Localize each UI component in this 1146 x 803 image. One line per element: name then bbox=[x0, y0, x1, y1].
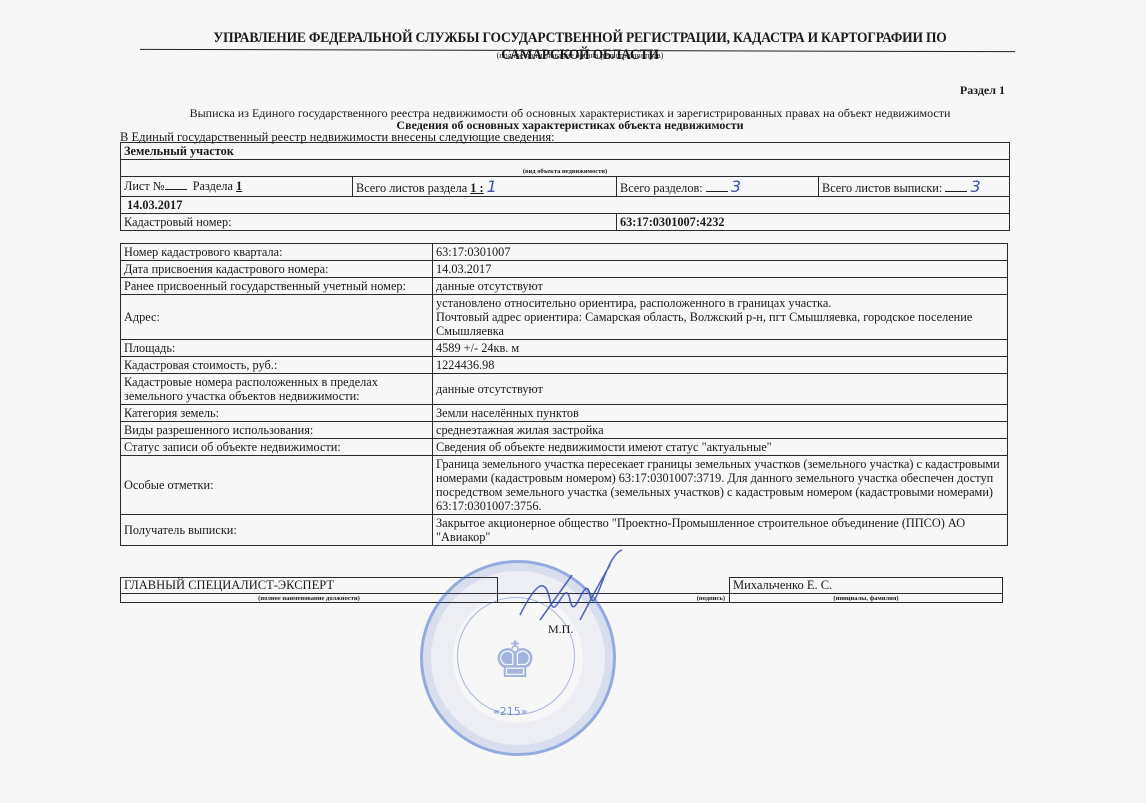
row-value: среднеэтажная жилая застройка bbox=[433, 422, 1008, 439]
total-sheets-cell: Всего листов выписки: 3 bbox=[819, 177, 1010, 197]
table-row: Особые отметки: Граница земельного участ… bbox=[121, 456, 1008, 515]
row-value: 4589 +/- 24кв. м bbox=[433, 340, 1008, 357]
row-label: Получатель выписки: bbox=[121, 515, 433, 546]
position-title: ГЛАВНЫЙ СПЕЦИАЛИСТ-ЭКСПЕРТ bbox=[121, 578, 498, 594]
coat-of-arms-icon: ♚ bbox=[485, 625, 545, 695]
total-sheets-label: Всего листов выписки: bbox=[822, 181, 942, 195]
address-line-2: Почтовый адрес ориентира: Самарская обла… bbox=[436, 310, 1004, 338]
stamp-number: «215» bbox=[493, 705, 527, 718]
section-label: Раздела bbox=[193, 179, 233, 193]
handwritten-sheets-in-section: 1 bbox=[487, 177, 497, 196]
extract-date: 14.03.2017 bbox=[121, 197, 1010, 214]
sheet-label: Лист № bbox=[124, 179, 165, 193]
row-value: Сведения об объекте недвижимости имеют с… bbox=[433, 439, 1008, 456]
table-row: Кадастровые номера расположенных в преде… bbox=[121, 374, 1008, 405]
row-value: 1224436.98 bbox=[433, 357, 1008, 374]
cadastral-number-value: 63:17:0301007:4232 bbox=[617, 214, 1010, 231]
sheet-blank bbox=[165, 179, 187, 190]
row-value: Граница земельного участка пересекает гр… bbox=[433, 456, 1008, 515]
signer-name-caption: (инициалы, фамилия) bbox=[730, 594, 1003, 603]
table-row: Категория земель: Земли населённых пункт… bbox=[121, 405, 1008, 422]
object-header-table: Земельный участок (вид объекта недвижимо… bbox=[120, 142, 1010, 231]
row-value: Земли населённых пунктов bbox=[433, 405, 1008, 422]
address-value: установлено относительно ориентира, расп… bbox=[433, 295, 1008, 340]
signer-name: Михальченко Е. С. bbox=[730, 578, 1003, 594]
table-row: Виды разрешенного использования: среднеэ… bbox=[121, 422, 1008, 439]
table-row: Дата присвоения кадастрового номера: 14.… bbox=[121, 261, 1008, 278]
row-label: Адрес: bbox=[121, 295, 433, 340]
row-label: Кадастровая стоимость, руб.: bbox=[121, 357, 433, 374]
row-value: 14.03.2017 bbox=[433, 261, 1008, 278]
address-line-1: установлено относительно ориентира, расп… bbox=[436, 296, 1004, 310]
object-type-caption: (вид объекта недвижимости) bbox=[121, 167, 1010, 177]
table-row: Статус записи об объекте недвижимости: С… bbox=[121, 439, 1008, 456]
signature-field bbox=[498, 578, 730, 594]
stamp-place-label: М.П. bbox=[548, 622, 573, 637]
total-sheets-blank bbox=[945, 181, 967, 192]
table-row: Получатель выписки: Закрытое акционерное… bbox=[121, 515, 1008, 546]
object-type: Земельный участок bbox=[121, 143, 1010, 160]
cadastral-number-label: Кадастровый номер: bbox=[121, 214, 617, 231]
sheets-in-section-label: Всего листов раздела bbox=[356, 181, 467, 195]
signature-caption: (подпись) bbox=[498, 594, 730, 603]
row-value: данные отсутствуют bbox=[433, 374, 1008, 405]
sheets-in-section-value: 1 : bbox=[470, 181, 483, 195]
handwritten-total-sections: 3 bbox=[731, 177, 741, 196]
row-label: Номер кадастрового квартала: bbox=[121, 244, 433, 261]
row-label: Дата присвоения кадастрового номера: bbox=[121, 261, 433, 278]
row-value: данные отсутствуют bbox=[433, 278, 1008, 295]
handwritten-total-sheets: 3 bbox=[970, 177, 980, 196]
row-label: Особые отметки: bbox=[121, 456, 433, 515]
total-sections-label: Всего разделов: bbox=[620, 181, 703, 195]
sheets-in-section-cell: Всего листов раздела 1 : 1 bbox=[353, 177, 617, 197]
row-label: Ранее присвоенный государственный учетны… bbox=[121, 278, 433, 295]
stamp-inner-ring bbox=[457, 597, 575, 715]
row-label: Площадь: bbox=[121, 340, 433, 357]
table-row: Площадь: 4589 +/- 24кв. м bbox=[121, 340, 1008, 357]
section-label: Раздел 1 bbox=[940, 83, 1005, 98]
total-sections-blank bbox=[706, 181, 728, 192]
table-row: Адрес: установлено относительно ориентир… bbox=[121, 295, 1008, 340]
section-value: 1 bbox=[236, 179, 242, 193]
total-sections-cell: Всего разделов: 3 bbox=[617, 177, 819, 197]
table-row: Ранее присвоенный государственный учетны… bbox=[121, 278, 1008, 295]
organization-caption: (полное наименование органа регистрации … bbox=[140, 51, 1020, 60]
sheet-number-cell: Лист № Раздела 1 bbox=[121, 177, 353, 197]
signature-table: ГЛАВНЫЙ СПЕЦИАЛИСТ-ЭКСПЕРТ Михальченко Е… bbox=[120, 577, 1003, 603]
row-label: Кадастровые номера расположенных в преде… bbox=[121, 374, 433, 405]
row-label: Виды разрешенного использования: bbox=[121, 422, 433, 439]
row-value: Закрытое акционерное общество "Проектно-… bbox=[433, 515, 1008, 546]
position-caption: (полное наименование должности) bbox=[121, 594, 498, 603]
table-row: Кадастровая стоимость, руб.: 1224436.98 bbox=[121, 357, 1008, 374]
row-label: Категория земель: bbox=[121, 405, 433, 422]
table-row: Номер кадастрового квартала: 63:17:03010… bbox=[121, 244, 1008, 261]
row-label: Статус записи об объекте недвижимости: bbox=[121, 439, 433, 456]
row-value: 63:17:0301007 bbox=[433, 244, 1008, 261]
object-type-spacer bbox=[121, 160, 1010, 168]
characteristics-table: Номер кадастрового квартала: 63:17:03010… bbox=[120, 243, 1008, 546]
